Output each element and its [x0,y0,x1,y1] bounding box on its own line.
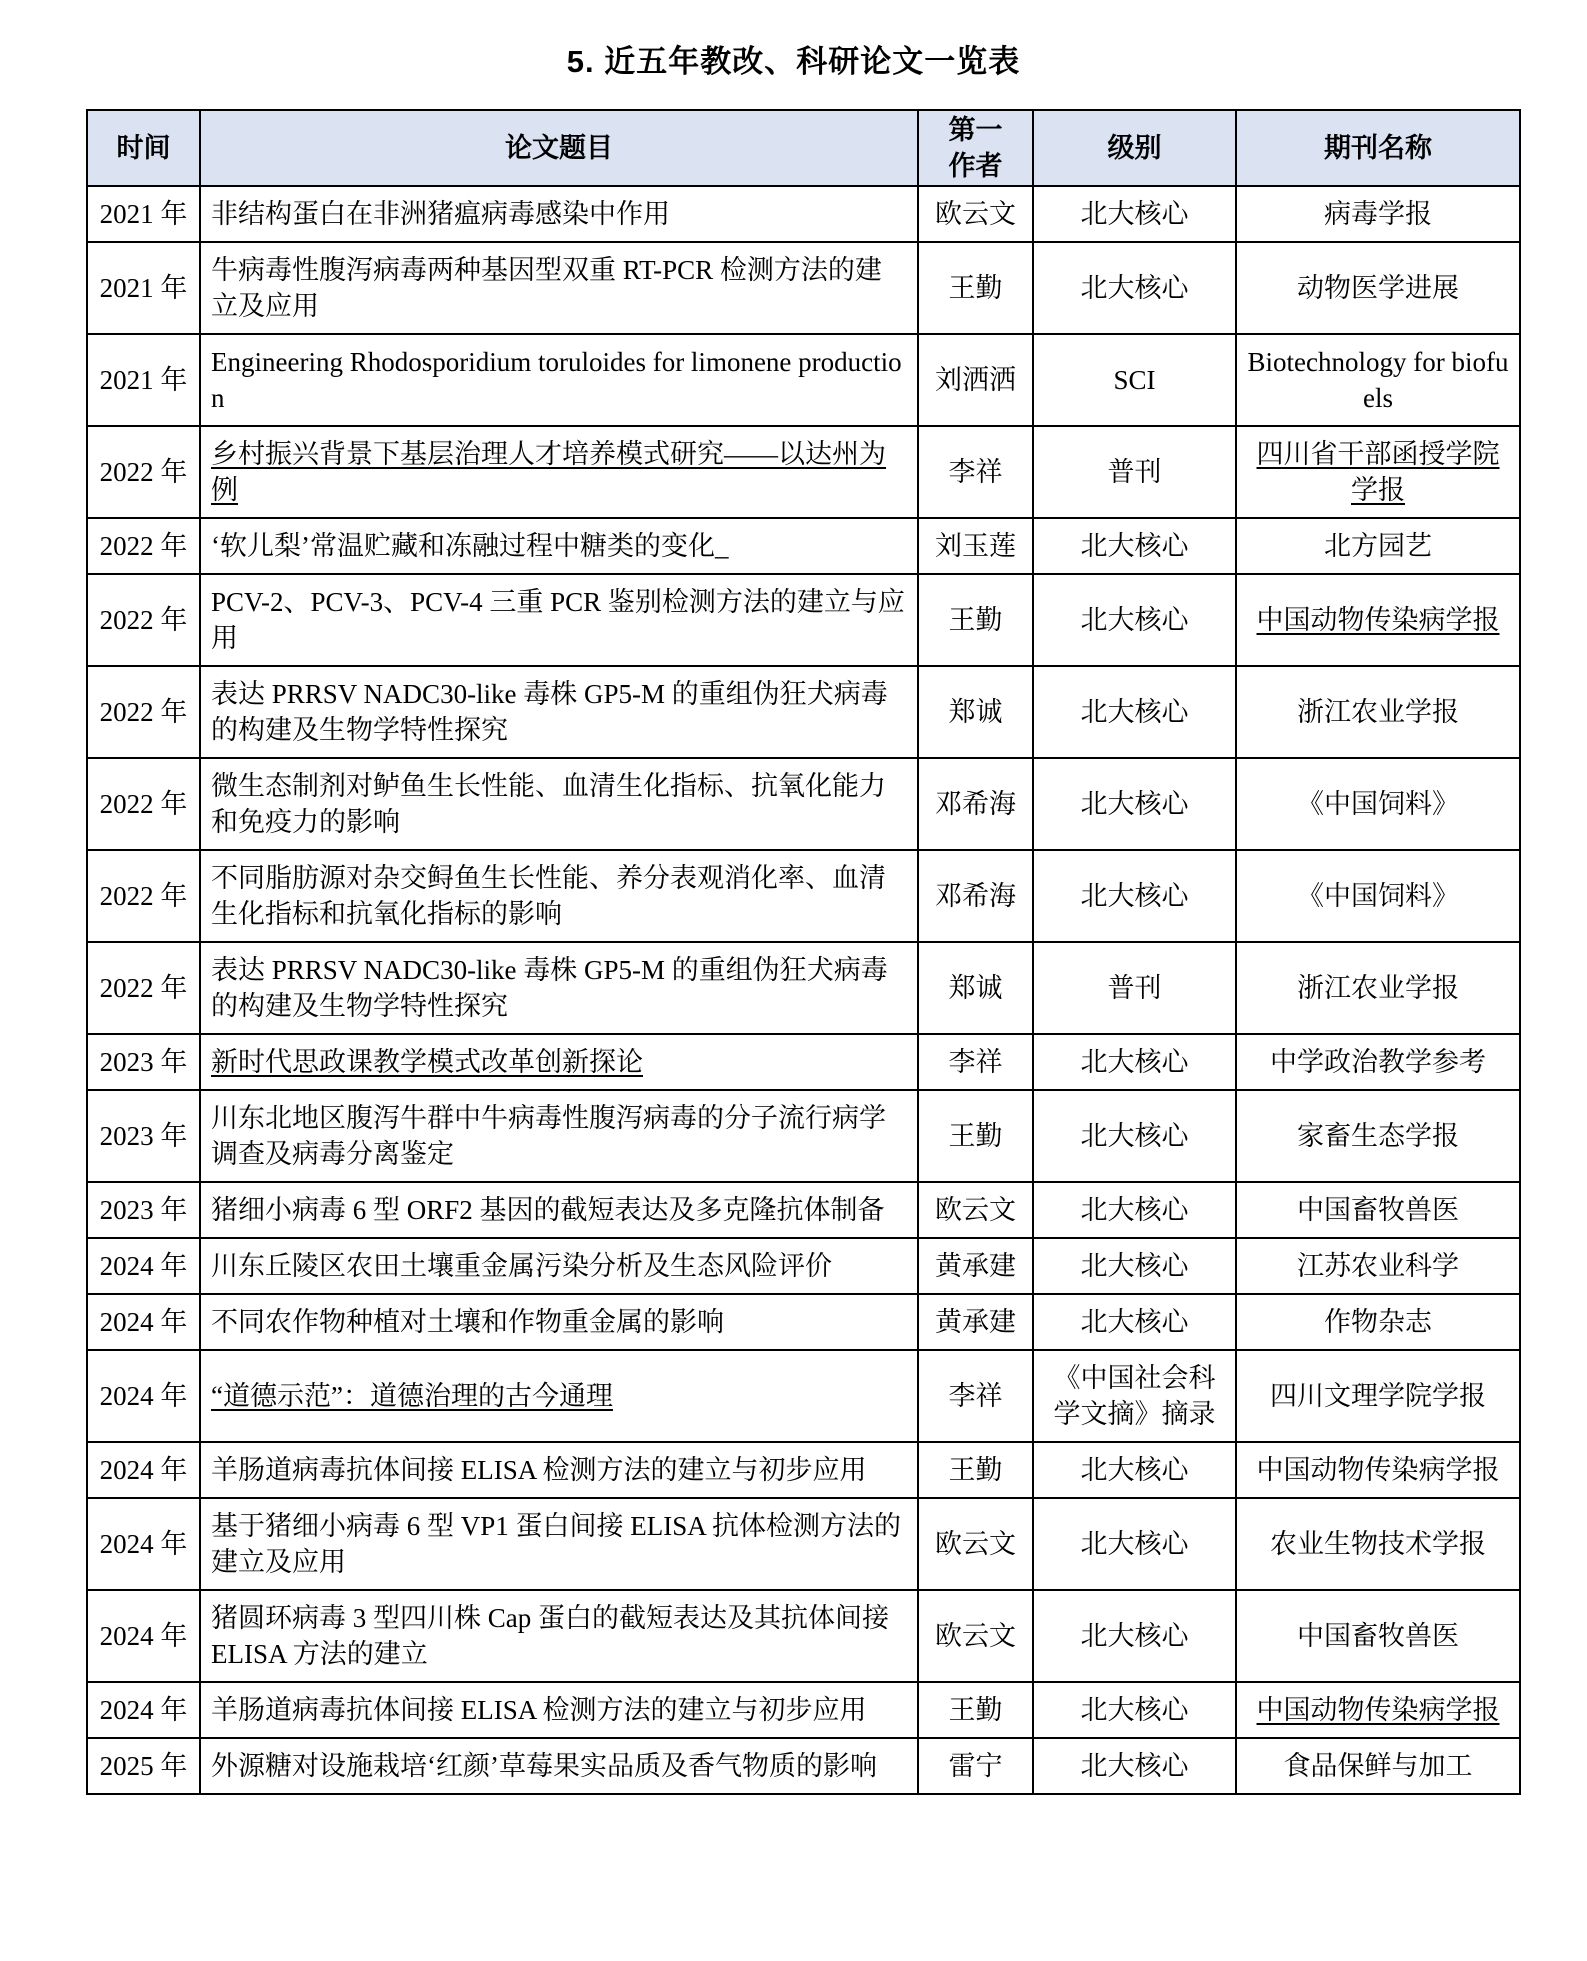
paper-title-cell: 基于猪细小病毒 6 型 VP1 蛋白间接 ELISA 抗体检测方法的建立及应用 [200,1498,918,1590]
paper-title-cell: 川东丘陵区农田土壤重金属污染分析及生态风险评价 [200,1238,918,1294]
table-row: 2022 年微生态制剂对鲈鱼生长性能、血清生化指标、抗氧化能力和免疫力的影响邓希… [87,758,1520,850]
journal-cell: 浙江农业学报 [1236,666,1520,758]
table-row: 2024 年羊肠道病毒抗体间接 ELISA 检测方法的建立与初步应用王勤北大核心… [87,1682,1520,1738]
table-row: 2024 年猪圆环病毒 3 型四川株 Cap 蛋白的截短表达及其抗体间接 ELI… [87,1590,1520,1682]
journal-cell: 江苏农业科学 [1236,1238,1520,1294]
first-author-cell: 王勤 [918,242,1033,334]
level-cell: 北大核心 [1033,666,1236,758]
time-cell: 2022 年 [87,574,200,666]
header-cell: 第一 作者 [918,110,1033,186]
table-row: 2022 年表达 PRRSV NADC30-like 毒株 GP5-M 的重组伪… [87,942,1520,1034]
paper-title-cell: PCV-2、PCV-3、PCV-4 三重 PCR 鉴别检测方法的建立与应用 [200,574,918,666]
table-row: 2024 年羊肠道病毒抗体间接 ELISA 检测方法的建立与初步应用王勤北大核心… [87,1442,1520,1498]
first-author-cell: 黄承建 [918,1294,1033,1350]
level-cell: SCI [1033,334,1236,426]
time-cell: 2021 年 [87,186,200,242]
table-row: 2021 年Engineering Rhodosporidium toruloi… [87,334,1520,426]
time-cell: 2022 年 [87,942,200,1034]
level-cell: 北大核心 [1033,758,1236,850]
time-cell: 2024 年 [87,1350,200,1442]
first-author-cell: 王勤 [918,1682,1033,1738]
time-cell: 2023 年 [87,1034,200,1090]
paper-title-cell: 表达 PRRSV NADC30-like 毒株 GP5-M 的重组伪狂犬病毒的构… [200,666,918,758]
paper-title-cell: 羊肠道病毒抗体间接 ELISA 检测方法的建立与初步应用 [200,1442,918,1498]
paper-title-cell: ‘软儿梨’常温贮藏和冻融过程中糖类的变化_ [200,518,918,574]
level-cell: 北大核心 [1033,518,1236,574]
table-row: 2023 年新时代思政课教学模式改革创新探论李祥北大核心中学政治教学参考 [87,1034,1520,1090]
first-author-cell: 刘玉莲 [918,518,1033,574]
paper-title-cell: 猪圆环病毒 3 型四川株 Cap 蛋白的截短表达及其抗体间接 ELISA 方法的… [200,1590,918,1682]
first-author-cell: 郑诚 [918,666,1033,758]
first-author-cell: 欧云文 [918,1182,1033,1238]
time-cell: 2022 年 [87,758,200,850]
time-cell: 2024 年 [87,1498,200,1590]
journal-cell: 四川省干部函授学院学报 [1236,426,1520,518]
paper-title-cell: 羊肠道病毒抗体间接 ELISA 检测方法的建立与初步应用 [200,1682,918,1738]
first-author-cell: 王勤 [918,1442,1033,1498]
first-author-cell: 黄承建 [918,1238,1033,1294]
level-cell: 北大核心 [1033,1034,1236,1090]
table-row: 2022 年不同脂肪源对杂交鲟鱼生长性能、养分表观消化率、血清生化指标和抗氧化指… [87,850,1520,942]
journal-cell: 中国动物传染病学报 [1236,574,1520,666]
journal-cell: 中学政治教学参考 [1236,1034,1520,1090]
journal-cell: 《中国饲料》 [1236,758,1520,850]
table-row: 2024 年基于猪细小病毒 6 型 VP1 蛋白间接 ELISA 抗体检测方法的… [87,1498,1520,1590]
level-cell: 北大核心 [1033,1182,1236,1238]
time-cell: 2023 年 [87,1182,200,1238]
level-cell: 普刊 [1033,426,1236,518]
level-cell: 北大核心 [1033,1442,1236,1498]
first-author-cell: 欧云文 [918,1590,1033,1682]
level-cell: 《中国社会科学文摘》摘录 [1033,1350,1236,1442]
table-row: 2022 年PCV-2、PCV-3、PCV-4 三重 PCR 鉴别检测方法的建立… [87,574,1520,666]
first-author-cell: 王勤 [918,574,1033,666]
journal-cell: 《中国饲料》 [1236,850,1520,942]
time-cell: 2024 年 [87,1442,200,1498]
table-row: 2023 年川东北地区腹泻牛群中牛病毒性腹泻病毒的分子流行病学调查及病毒分离鉴定… [87,1090,1520,1182]
paper-title-cell: 外源糖对设施栽培‘红颜’草莓果实品质及香气物质的影响 [200,1738,918,1794]
header-cell: 级别 [1033,110,1236,186]
level-cell: 北大核心 [1033,1682,1236,1738]
level-cell: 北大核心 [1033,574,1236,666]
level-cell: 北大核心 [1033,1238,1236,1294]
level-cell: 北大核心 [1033,850,1236,942]
time-cell: 2025 年 [87,1738,200,1794]
first-author-cell: 郑诚 [918,942,1033,1034]
paper-title-cell: 非结构蛋白在非洲猪瘟病毒感染中作用 [200,186,918,242]
table-row: 2022 年乡村振兴背景下基层治理人才培养模式研究——以达州为例李祥普刊四川省干… [87,426,1520,518]
table-row: 2023 年猪细小病毒 6 型 ORF2 基因的截短表达及多克隆抗体制备欧云文北… [87,1182,1520,1238]
time-cell: 2024 年 [87,1238,200,1294]
time-cell: 2024 年 [87,1682,200,1738]
paper-title-cell: 猪细小病毒 6 型 ORF2 基因的截短表达及多克隆抗体制备 [200,1182,918,1238]
journal-cell: 食品保鲜与加工 [1236,1738,1520,1794]
table-row: 2024 年川东丘陵区农田土壤重金属污染分析及生态风险评价黄承建北大核心江苏农业… [87,1238,1520,1294]
table-row: 2022 年表达 PRRSV NADC30-like 毒株 GP5-M 的重组伪… [87,666,1520,758]
time-cell: 2024 年 [87,1590,200,1682]
level-cell: 北大核心 [1033,1738,1236,1794]
table-row: 2024 年不同农作物种植对土壤和作物重金属的影响黄承建北大核心作物杂志 [87,1294,1520,1350]
table-body: 2021 年非结构蛋白在非洲猪瘟病毒感染中作用欧云文北大核心病毒学报2021 年… [87,186,1520,1794]
journal-cell: 家畜生态学报 [1236,1090,1520,1182]
table-row: 2024 年“道德示范”：道德治理的古今通理李祥《中国社会科学文摘》摘录四川文理… [87,1350,1520,1442]
first-author-cell: 李祥 [918,1034,1033,1090]
header-cell: 期刊名称 [1236,110,1520,186]
level-cell: 普刊 [1033,942,1236,1034]
first-author-cell: 邓希海 [918,850,1033,942]
journal-cell: 中国畜牧兽医 [1236,1590,1520,1682]
time-cell: 2021 年 [87,334,200,426]
paper-title-cell: “道德示范”：道德治理的古今通理 [200,1350,918,1442]
paper-title-cell: 牛病毒性腹泻病毒两种基因型双重 RT-PCR 检测方法的建立及应用 [200,242,918,334]
first-author-cell: 雷宁 [918,1738,1033,1794]
time-cell: 2022 年 [87,850,200,942]
level-cell: 北大核心 [1033,1590,1236,1682]
first-author-cell: 欧云文 [918,1498,1033,1590]
journal-cell: 农业生物技术学报 [1236,1498,1520,1590]
journal-cell: 病毒学报 [1236,186,1520,242]
level-cell: 北大核心 [1033,186,1236,242]
journal-cell: 北方园艺 [1236,518,1520,574]
first-author-cell: 李祥 [918,426,1033,518]
paper-title-cell: 不同农作物种植对土壤和作物重金属的影响 [200,1294,918,1350]
first-author-cell: 李祥 [918,1350,1033,1442]
first-author-cell: 刘洒洒 [918,334,1033,426]
paper-title-cell: 川东北地区腹泻牛群中牛病毒性腹泻病毒的分子流行病学调查及病毒分离鉴定 [200,1090,918,1182]
time-cell: 2022 年 [87,666,200,758]
level-cell: 北大核心 [1033,242,1236,334]
level-cell: 北大核心 [1033,1294,1236,1350]
level-cell: 北大核心 [1033,1090,1236,1182]
journal-cell: 四川文理学院学报 [1236,1350,1520,1442]
first-author-cell: 邓希海 [918,758,1033,850]
time-cell: 2022 年 [87,426,200,518]
journal-cell: 中国动物传染病学报 [1236,1442,1520,1498]
paper-title-cell: 乡村振兴背景下基层治理人才培养模式研究——以达州为例 [200,426,918,518]
journal-cell: 作物杂志 [1236,1294,1520,1350]
table-header-row: 时间论文题目第一 作者级别期刊名称 [87,110,1520,186]
time-cell: 2023 年 [87,1090,200,1182]
time-cell: 2022 年 [87,518,200,574]
paper-title-cell: 微生态制剂对鲈鱼生长性能、血清生化指标、抗氧化能力和免疫力的影响 [200,758,918,850]
header-cell: 时间 [87,110,200,186]
level-cell: 北大核心 [1033,1498,1236,1590]
journal-cell: 浙江农业学报 [1236,942,1520,1034]
paper-title-cell: 不同脂肪源对杂交鲟鱼生长性能、养分表观消化率、血清生化指标和抗氧化指标的影响 [200,850,918,942]
journal-cell: 中国畜牧兽医 [1236,1182,1520,1238]
papers-table: 时间论文题目第一 作者级别期刊名称 2021 年非结构蛋白在非洲猪瘟病毒感染中作… [86,109,1521,1795]
first-author-cell: 王勤 [918,1090,1033,1182]
table-row: 2025 年外源糖对设施栽培‘红颜’草莓果实品质及香气物质的影响雷宁北大核心食品… [87,1738,1520,1794]
paper-title-cell: Engineering Rhodosporidium toruloides fo… [200,334,918,426]
document-title: 5. 近五年教改、科研论文一览表 [0,36,1587,81]
table-row: 2021 年牛病毒性腹泻病毒两种基因型双重 RT-PCR 检测方法的建立及应用王… [87,242,1520,334]
journal-cell: Biotechnology for biofuels [1236,334,1520,426]
journal-cell: 中国动物传染病学报 [1236,1682,1520,1738]
journal-cell: 动物医学进展 [1236,242,1520,334]
first-author-cell: 欧云文 [918,186,1033,242]
table-row: 2022 年‘软儿梨’常温贮藏和冻融过程中糖类的变化_刘玉莲北大核心北方园艺 [87,518,1520,574]
table-row: 2021 年非结构蛋白在非洲猪瘟病毒感染中作用欧云文北大核心病毒学报 [87,186,1520,242]
header-cell: 论文题目 [200,110,918,186]
time-cell: 2021 年 [87,242,200,334]
paper-title-cell: 新时代思政课教学模式改革创新探论 [200,1034,918,1090]
paper-title-cell: 表达 PRRSV NADC30-like 毒株 GP5-M 的重组伪狂犬病毒的构… [200,942,918,1034]
time-cell: 2024 年 [87,1294,200,1350]
